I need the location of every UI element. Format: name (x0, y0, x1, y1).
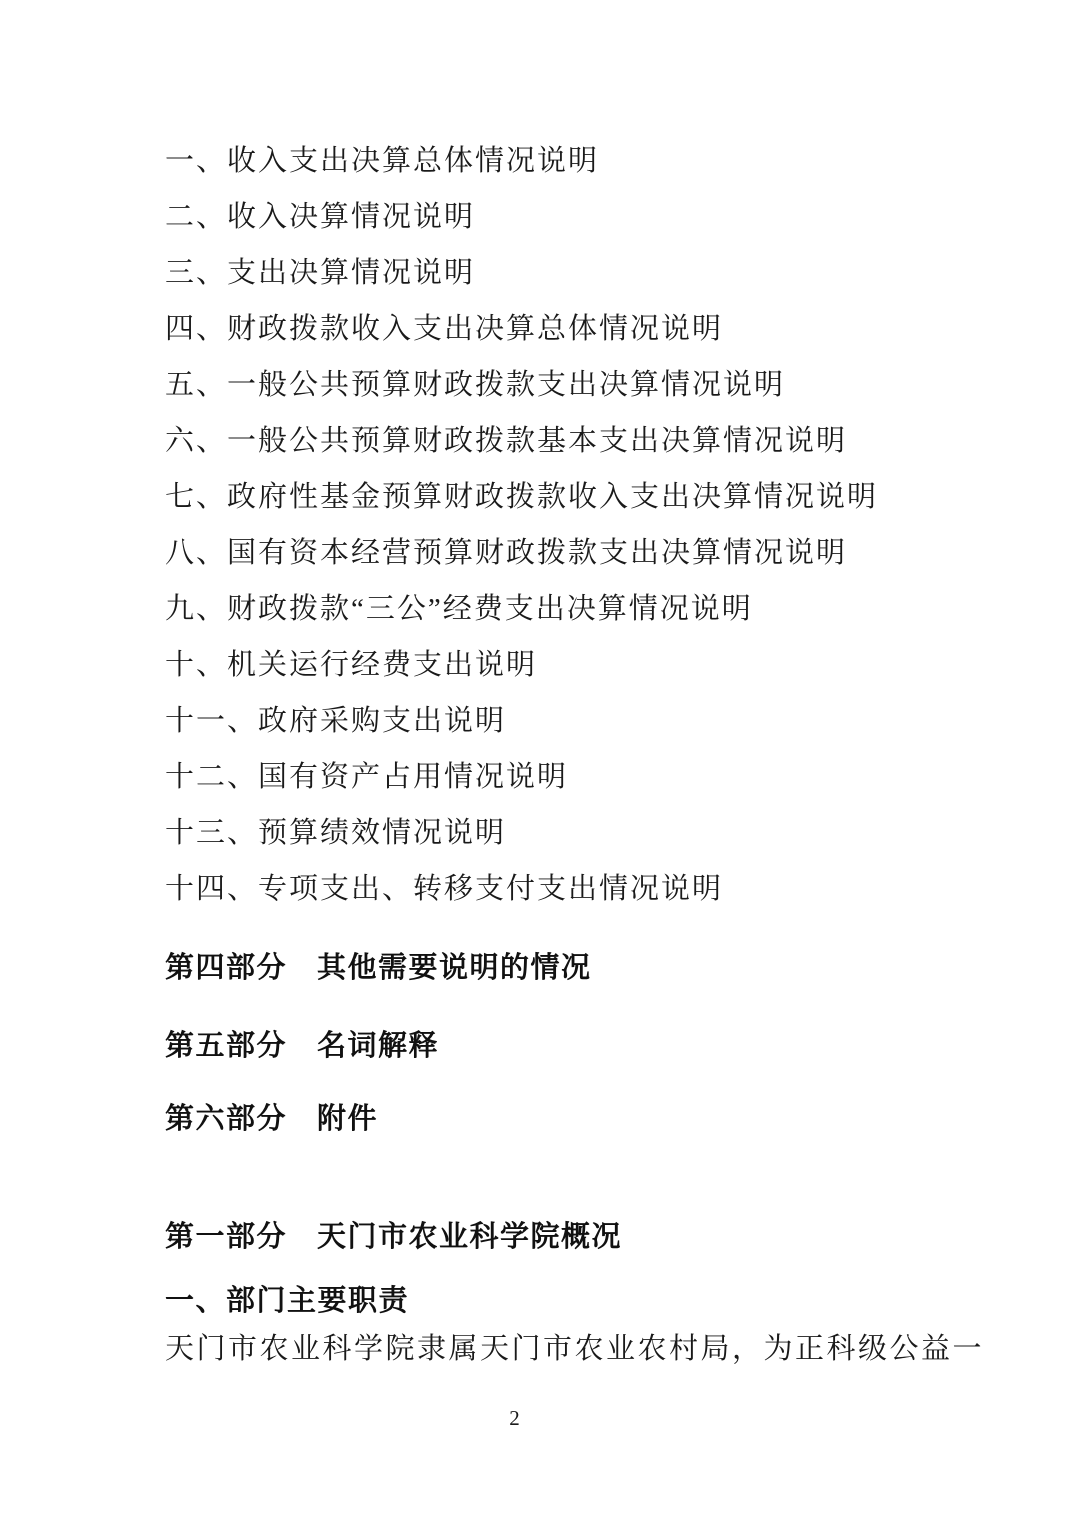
part-title: 天门市农业科学院概况 (317, 1209, 622, 1265)
section-heading-part6: 第六部分附件 (165, 1091, 984, 1147)
toc-item-8: 八、国有资本经营预算财政拨款支出决算情况说明 (165, 525, 984, 581)
toc-item-10: 十、机关运行经费支出说明 (165, 637, 984, 693)
part-label: 第一部分 (165, 1221, 287, 1253)
section-title: 附件 (317, 1091, 378, 1147)
page-footer: 2 (165, 1403, 984, 1433)
part-one-heading: 第一部分天门市农业科学院概况 (165, 1209, 984, 1265)
toc-item-12: 十二、国有资产占用情况说明 (165, 749, 984, 805)
toc-list: 一、收入支出决算总体情况说明 二、收入决算情况说明 三、支出决算情况说明 四、财… (165, 0, 984, 917)
document-page: { "page": { "number": "2", "background_c… (0, 0, 1074, 1520)
toc-item-1: 一、收入支出决算总体情况说明 (165, 133, 984, 189)
page-number: 2 (509, 1406, 520, 1430)
content-start: 第一部分天门市农业科学院概况 一、部门主要职责 天门市农业科学院隶属天门市农业农… (165, 1209, 984, 1373)
section-title: 其他需要说明的情况 (317, 940, 592, 996)
section-heading-part4: 第四部分其他需要说明的情况 (165, 940, 984, 996)
toc-part-headings: 第四部分其他需要说明的情况 第五部分名词解释 第六部分附件 (165, 940, 984, 1147)
toc-item-9: 九、财政拨款“三公”经费支出决算情况说明 (165, 581, 984, 637)
section-heading-part5: 第五部分名词解释 (165, 1018, 984, 1074)
toc-item-13: 十三、预算绩效情况说明 (165, 805, 984, 861)
section-label: 第六部分 (165, 1103, 287, 1135)
toc-item-2: 二、收入决算情况说明 (165, 189, 984, 245)
toc-item-7: 七、政府性基金预算财政拨款收入支出决算情况说明 (165, 469, 984, 525)
toc-item-6: 六、一般公共预算财政拨款基本支出决算情况说明 (165, 413, 984, 469)
section-label: 第四部分 (165, 952, 287, 984)
body-paragraph: 天门市农业科学院隶属天门市农业农村局，为正科级公益一 (165, 1325, 984, 1373)
toc-item-4: 四、财政拨款收入支出决算总体情况说明 (165, 301, 984, 357)
toc-item-3: 三、支出决算情况说明 (165, 245, 984, 301)
section-label: 第五部分 (165, 1030, 287, 1062)
subsection-heading: 一、部门主要职责 (165, 1277, 984, 1325)
section-title: 名词解释 (317, 1018, 439, 1074)
page: 一、收入支出决算总体情况说明 二、收入决算情况说明 三、支出决算情况说明 四、财… (0, 0, 1074, 1520)
toc-item-14: 十四、专项支出、转移支付支出情况说明 (165, 861, 984, 917)
toc-item-11: 十一、政府采购支出说明 (165, 693, 984, 749)
toc-item-5: 五、一般公共预算财政拨款支出决算情况说明 (165, 357, 984, 413)
